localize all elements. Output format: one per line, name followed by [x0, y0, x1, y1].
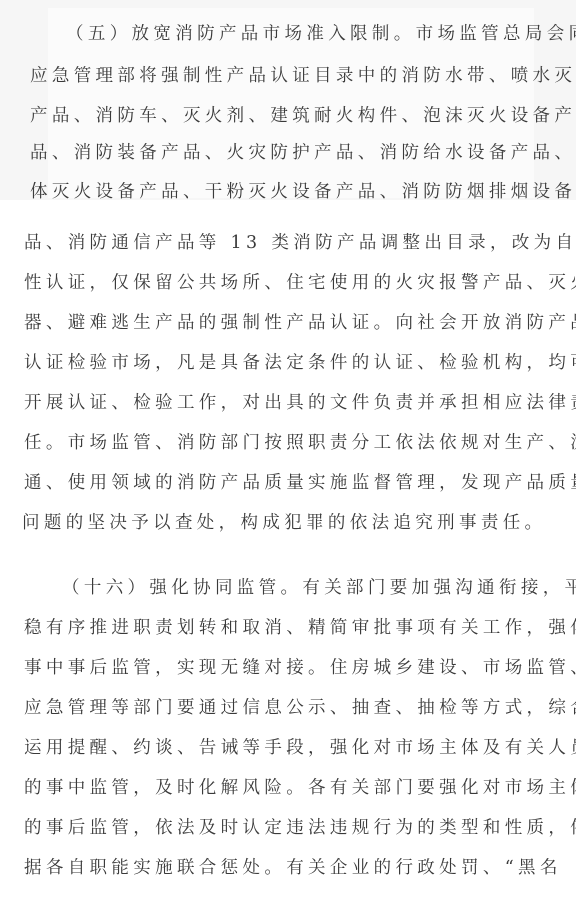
- text-line-content: 性认证，仅保留公共场所、住宅使用的火灾报警产品、灭火: [24, 271, 576, 295]
- text-line-content: 应急管理等部门要通过信息公示、抽查、抽检等方式，综合: [24, 696, 576, 720]
- text-line-content: 应急管理部将强制性产品认证目录中的消防水带、喷水灭火: [30, 64, 576, 88]
- text-line-content: （五）放宽消防产品市场准入限制。市场监管总局会同: [66, 22, 576, 46]
- text-line-content: 体灭火设备产品、干粉灭火设备产品、消防防烟排烟设备产: [30, 180, 576, 204]
- text-line-content: （十六）强化协同监管。有关部门要加强沟通衔接，平: [62, 576, 576, 600]
- text-line-content: 品、消防装备产品、火灾防护产品、消防给水设备产品、气: [30, 141, 576, 165]
- text-line-content: 认证检验市场，凡是具备法定条件的认证、检验机构，均可: [24, 351, 576, 375]
- text-line-content: 运用提醒、约谈、告诫等手段，强化对市场主体及有关人员: [24, 736, 576, 760]
- text-line-content: 的事中监管，及时化解风险。各有关部门要强化对市场主体: [24, 776, 576, 800]
- text-line-content: 品、消防通信产品等 13 类消防产品调整出目录，改为自愿: [24, 231, 576, 255]
- text-line-content: 产品、消防车、灭火剂、建筑耐火构件、泡沫灭火设备产: [30, 104, 576, 128]
- text-line-content: 问题的坚决予以查处，构成犯罪的依法追究刑事责任。: [22, 511, 546, 535]
- text-line-content: 事中事后监管，实现无缝对接。住房城乡建设、市场监管、: [24, 656, 576, 680]
- text-line-content: 器、避难逃生产品的强制性产品认证。向社会开放消防产品: [24, 311, 576, 335]
- text-line-content: 稳有序推进职责划转和取消、精简审批事项有关工作，强化: [24, 616, 576, 640]
- text-line-content: 任。市场监管、消防部门按照职责分工依法依规对生产、流: [24, 431, 576, 455]
- text-line-content: 开展认证、检验工作，对出具的文件负责并承担相应法律责: [24, 391, 576, 415]
- text-line-content: 通、使用领域的消防产品质量实施监督管理，发现产品质量: [24, 471, 576, 495]
- text-line-content: 据各自职能实施联合惩处。有关企业的行政处罚、“黑名: [24, 856, 562, 880]
- text-line-content: 的事后监管，依法及时认定违法违规行为的类型和性质，依: [24, 816, 576, 840]
